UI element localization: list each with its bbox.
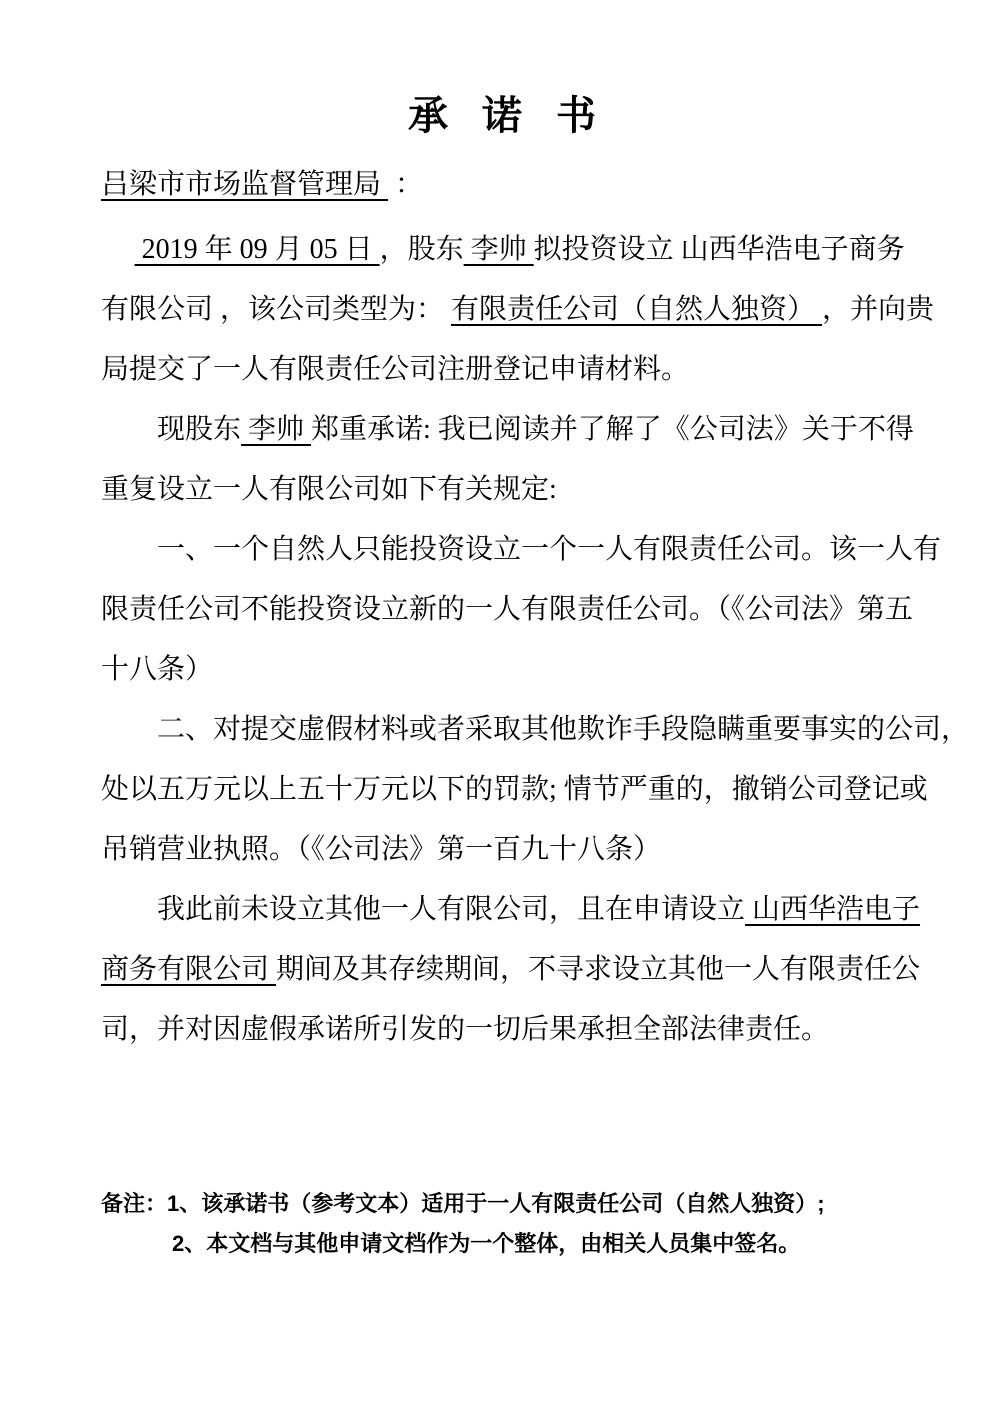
text-run: 限责任公司不能投资设立新的一人有限责任公司。（《公司法》第五 (101, 594, 913, 625)
document-title: 承 诺 书 (101, 92, 903, 140)
text-run: 一、一个自然人只能投资设立一个一人有限责任公司。该一人有 (157, 534, 941, 565)
text-run: 二、对提交虚假材料或者采取其他欺诈手段隐瞒重要事实的公司， (157, 714, 969, 745)
text-line: 司，并对因虚假承诺所引发的一切后果承担全部法律责任。 (101, 1000, 903, 1060)
salutation-line: 吕梁市市场监督管理局 ： (101, 162, 903, 208)
text-run: 吊销营业执照。（《公司法》第一百九十八条） (101, 834, 661, 865)
text-run: 拟投资设立 山西华浩电子商务 (534, 234, 905, 265)
document-body: 2019 年 09 月 05 日 ，股东 李帅 拟投资设立 山西华浩电子商务有限… (101, 220, 903, 1060)
text-line: 限责任公司不能投资设立新的一人有限责任公司。（《公司法》第五 (101, 580, 903, 640)
text-run: 我此前未设立其他一人有限公司，且在申请设立 (157, 894, 745, 925)
text-run: 重复设立一人有限公司如下有关规定: (101, 474, 557, 505)
text-line: 二、对提交虚假材料或者采取其他欺诈手段隐瞒重要事实的公司， (101, 700, 903, 760)
text-line: 我此前未设立其他一人有限公司，且在申请设立 山西华浩电子 (101, 880, 903, 940)
text-run: 郑重承诺: 我已阅读并了解了《公司法》关于不得 (311, 414, 914, 445)
text-run: 有限公司 ，该公司类型为： (101, 294, 451, 325)
text-run: 现股东 (157, 414, 241, 445)
text-run: ，并向贵 (822, 294, 934, 325)
text-line: 吊销营业执照。（《公司法》第一百九十八条） (101, 820, 903, 880)
underlined-text: 有限责任公司（自然人独资） (451, 294, 822, 325)
text-line: 处以五万元以上五十万元以下的罚款; 情节严重的，撤销公司登记或 (101, 760, 903, 820)
underlined-text: 李帅 (464, 234, 534, 265)
underlined-text: 商务有限公司 (101, 954, 276, 985)
text-run: 局提交了一人有限责任公司注册登记申请材料。 (101, 354, 689, 385)
text-line: 十八条） (101, 640, 903, 700)
text-line: 一、一个自然人只能投资设立一个一人有限责任公司。该一人有 (101, 520, 903, 580)
text-line: 重复设立一人有限公司如下有关规定: (101, 460, 903, 520)
paragraph: 我此前未设立其他一人有限公司，且在申请设立 山西华浩电子商务有限公司 期间及其存… (101, 880, 903, 1060)
notes-section: 备注：1、该承诺书（参考文本）适用于一人有限责任公司（自然人独资）; 2、本文档… (101, 1184, 903, 1264)
text-run: 处以五万元以上五十万元以下的罚款; 情节严重的，撤销公司登记或 (101, 774, 928, 805)
text-line: 商务有限公司 期间及其存续期间，不寻求设立其他一人有限责任公 (101, 940, 903, 1000)
paragraph: 二、对提交虚假材料或者采取其他欺诈手段隐瞒重要事实的公司，处以五万元以上五十万元… (101, 700, 903, 880)
underlined-text: 李帅 (241, 414, 311, 445)
text-run: 司，并对因虚假承诺所引发的一切后果承担全部法律责任。 (101, 1014, 829, 1045)
text-line: 局提交了一人有限责任公司注册登记申请材料。 (101, 340, 903, 400)
text-run: ： (388, 169, 423, 200)
paragraph: 2019 年 09 月 05 日 ，股东 李帅 拟投资设立 山西华浩电子商务有限… (101, 220, 903, 400)
text-run: ，股东 (380, 234, 464, 265)
note-line-1: 备注：1、该承诺书（参考文本）适用于一人有限责任公司（自然人独资）; (101, 1184, 903, 1224)
text-run: 十八条） (101, 654, 213, 685)
underlined-text: 山西华浩电子 (745, 894, 920, 925)
paragraph: 一、一个自然人只能投资设立一个一人有限责任公司。该一人有限责任公司不能投资设立新… (101, 520, 903, 700)
underlined-text: 吕梁市市场监督管理局 (101, 169, 388, 200)
text-run: 期间及其存续期间，不寻求设立其他一人有限责任公 (276, 954, 920, 985)
text-line: 有限公司 ，该公司类型为： 有限责任公司（自然人独资） ，并向贵 (101, 280, 903, 340)
text-line: 2019 年 09 月 05 日 ，股东 李帅 拟投资设立 山西华浩电子商务 (101, 220, 903, 280)
text-line: 现股东 李帅 郑重承诺: 我已阅读并了解了《公司法》关于不得 (101, 400, 903, 460)
paragraph: 现股东 李帅 郑重承诺: 我已阅读并了解了《公司法》关于不得重复设立一人有限公司… (101, 400, 903, 520)
note-line-2: 2、本文档与其他申请文档作为一个整体，由相关人员集中签名。 (101, 1224, 903, 1264)
document-page: 承 诺 书 吕梁市市场监督管理局 ： 2019 年 09 月 05 日 ，股东 … (0, 0, 999, 1413)
underlined-text: 2019 年 09 月 05 日 (135, 234, 380, 265)
